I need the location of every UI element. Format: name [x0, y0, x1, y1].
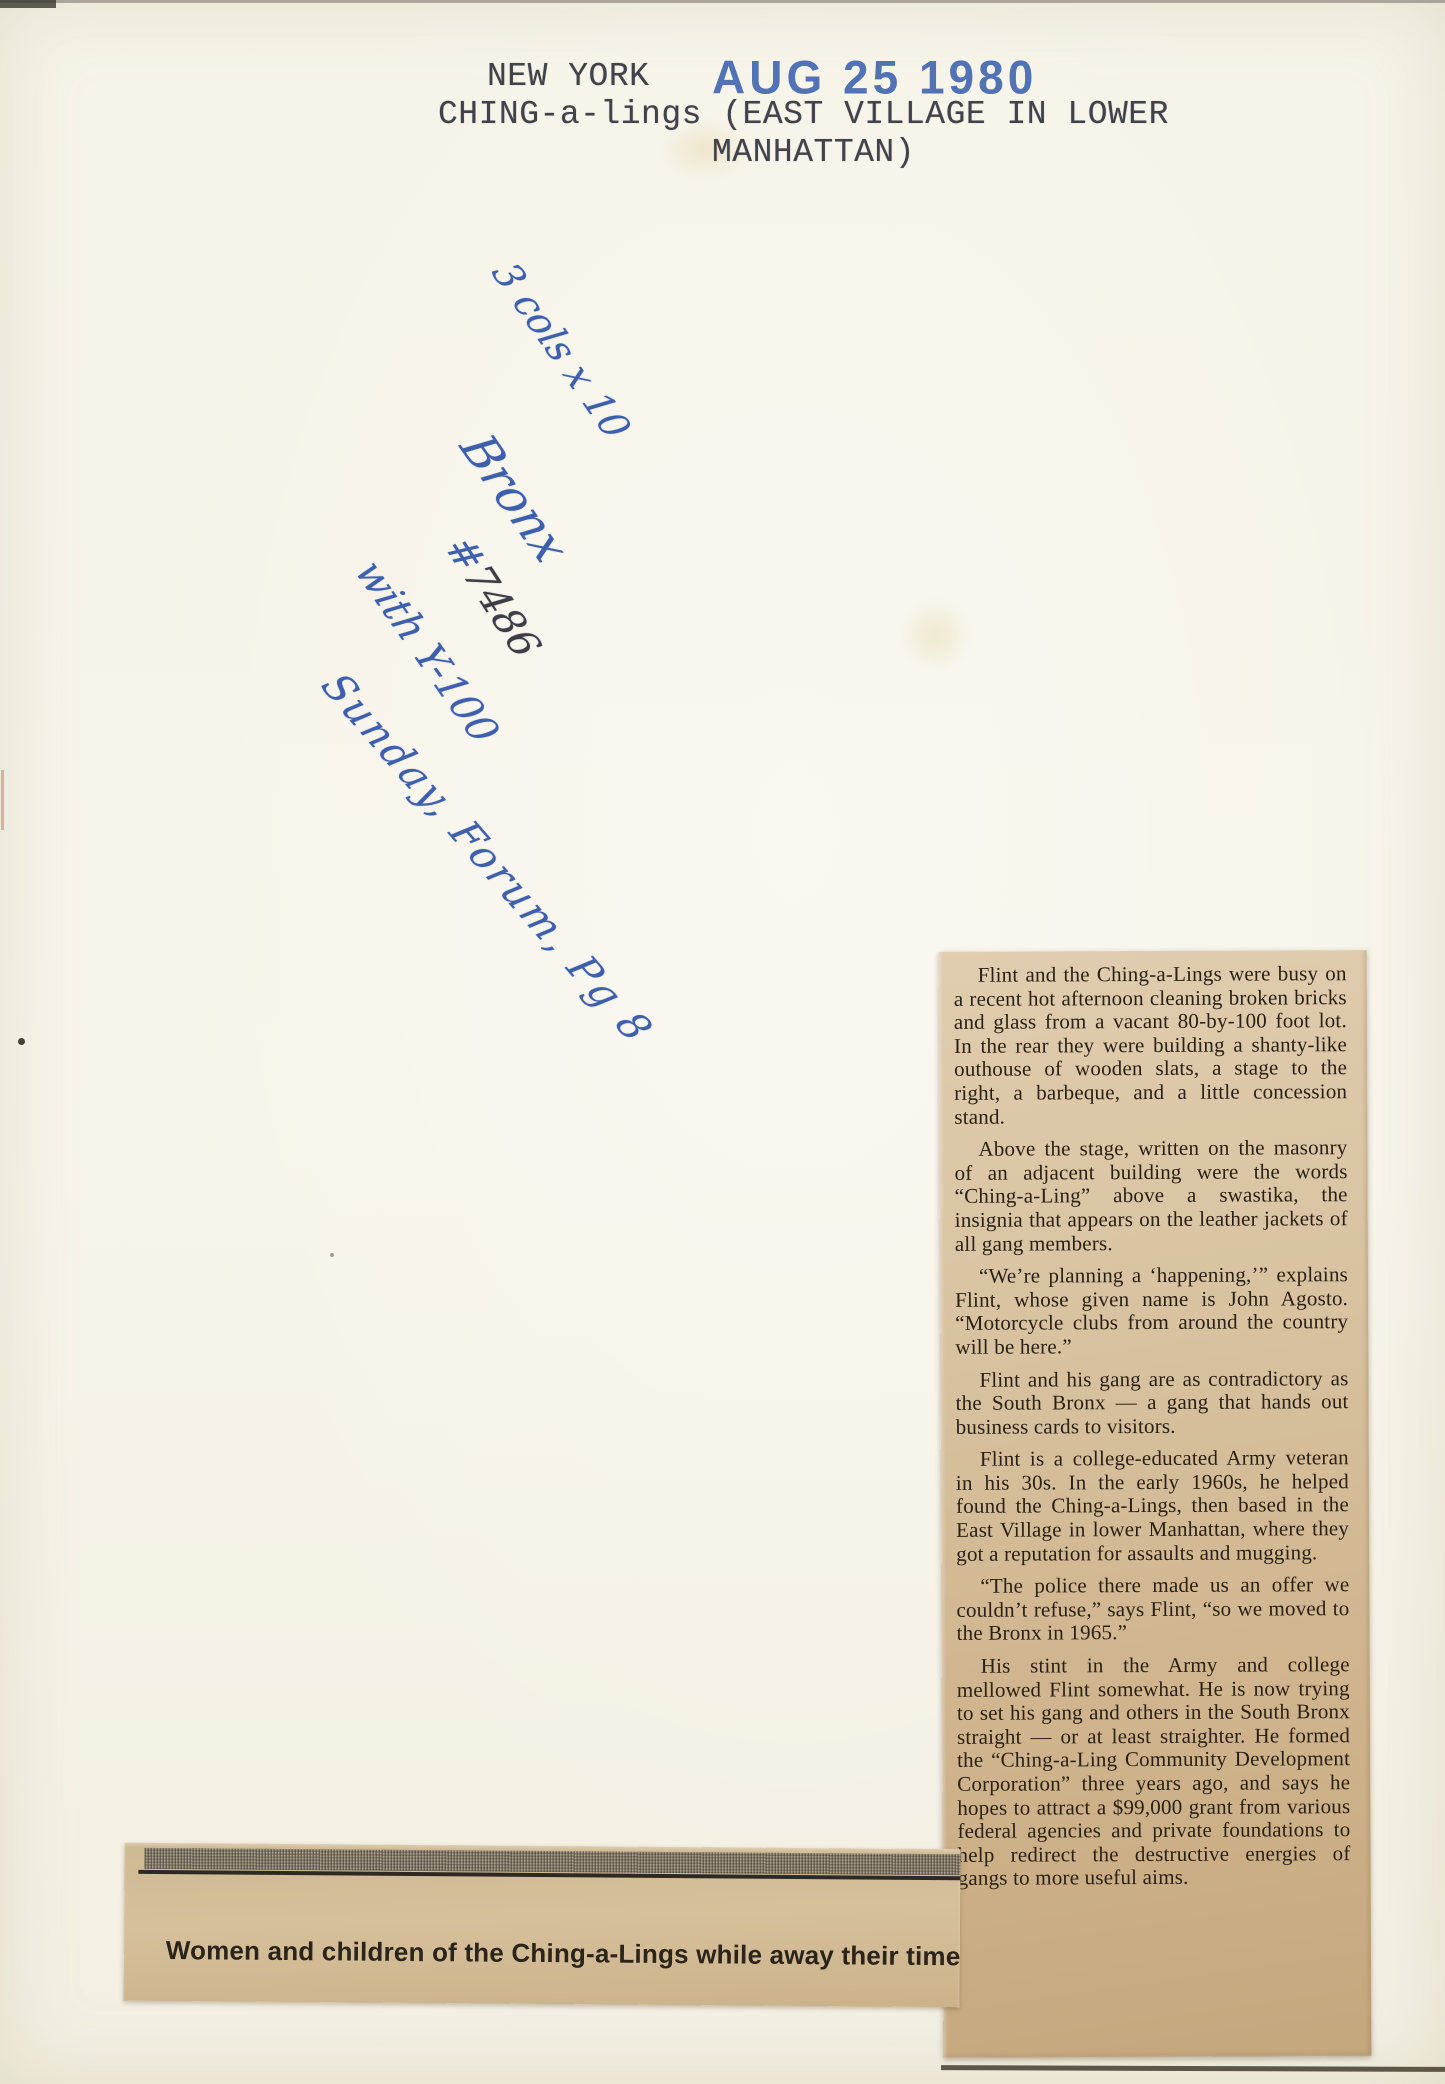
article-paragraph: Flint and his gang are as contradictory … [955, 1367, 1348, 1439]
article-paragraph: His stint in the Army and college mellow… [957, 1653, 1351, 1891]
newspaper-clipping-caption: Women and children of the Ching-a-Lings … [123, 1843, 960, 2008]
typed-subject-line-1: CHING-a-lings (EAST VILLAGE IN LOWER [438, 96, 1169, 133]
article-paragraph: Above the stage, written on the masonry … [954, 1136, 1348, 1256]
red-pencil-mark [1, 770, 4, 830]
catalog-digits: 7486 [453, 558, 550, 664]
typed-subject-line-2: MANHATTAN) [712, 134, 915, 171]
handwritten-size-note: 3 cols x 10 [482, 256, 640, 445]
photo-verso-scan: NEW YORK AUG 25 1980 CHING-a-lings (EAST… [0, 0, 1445, 2084]
typed-location: NEW YORK [487, 58, 649, 95]
scan-corner-chip [0, 0, 56, 8]
article-paragraph: Flint and the Ching-a-Lings were busy on… [954, 962, 1348, 1129]
ink-speck [18, 1038, 25, 1045]
scan-top-edge [0, 0, 1445, 3]
ink-speck [330, 1253, 334, 1257]
photo-caption: Women and children of the Ching-a-Lings … [166, 1935, 961, 1972]
article-paragraph: “We’re planning a ‘happening,’” explains… [955, 1263, 1348, 1359]
article-paragraph: “The police there made us an offer we co… [956, 1573, 1349, 1645]
clipping-edge-fragment [941, 2065, 1445, 2072]
article-paragraph: Flint is a college-educated Army veteran… [956, 1446, 1350, 1566]
paper-stain [900, 600, 970, 670]
newspaper-clipping-article: Flint and the Ching-a-Lings were busy on… [939, 950, 1372, 2058]
